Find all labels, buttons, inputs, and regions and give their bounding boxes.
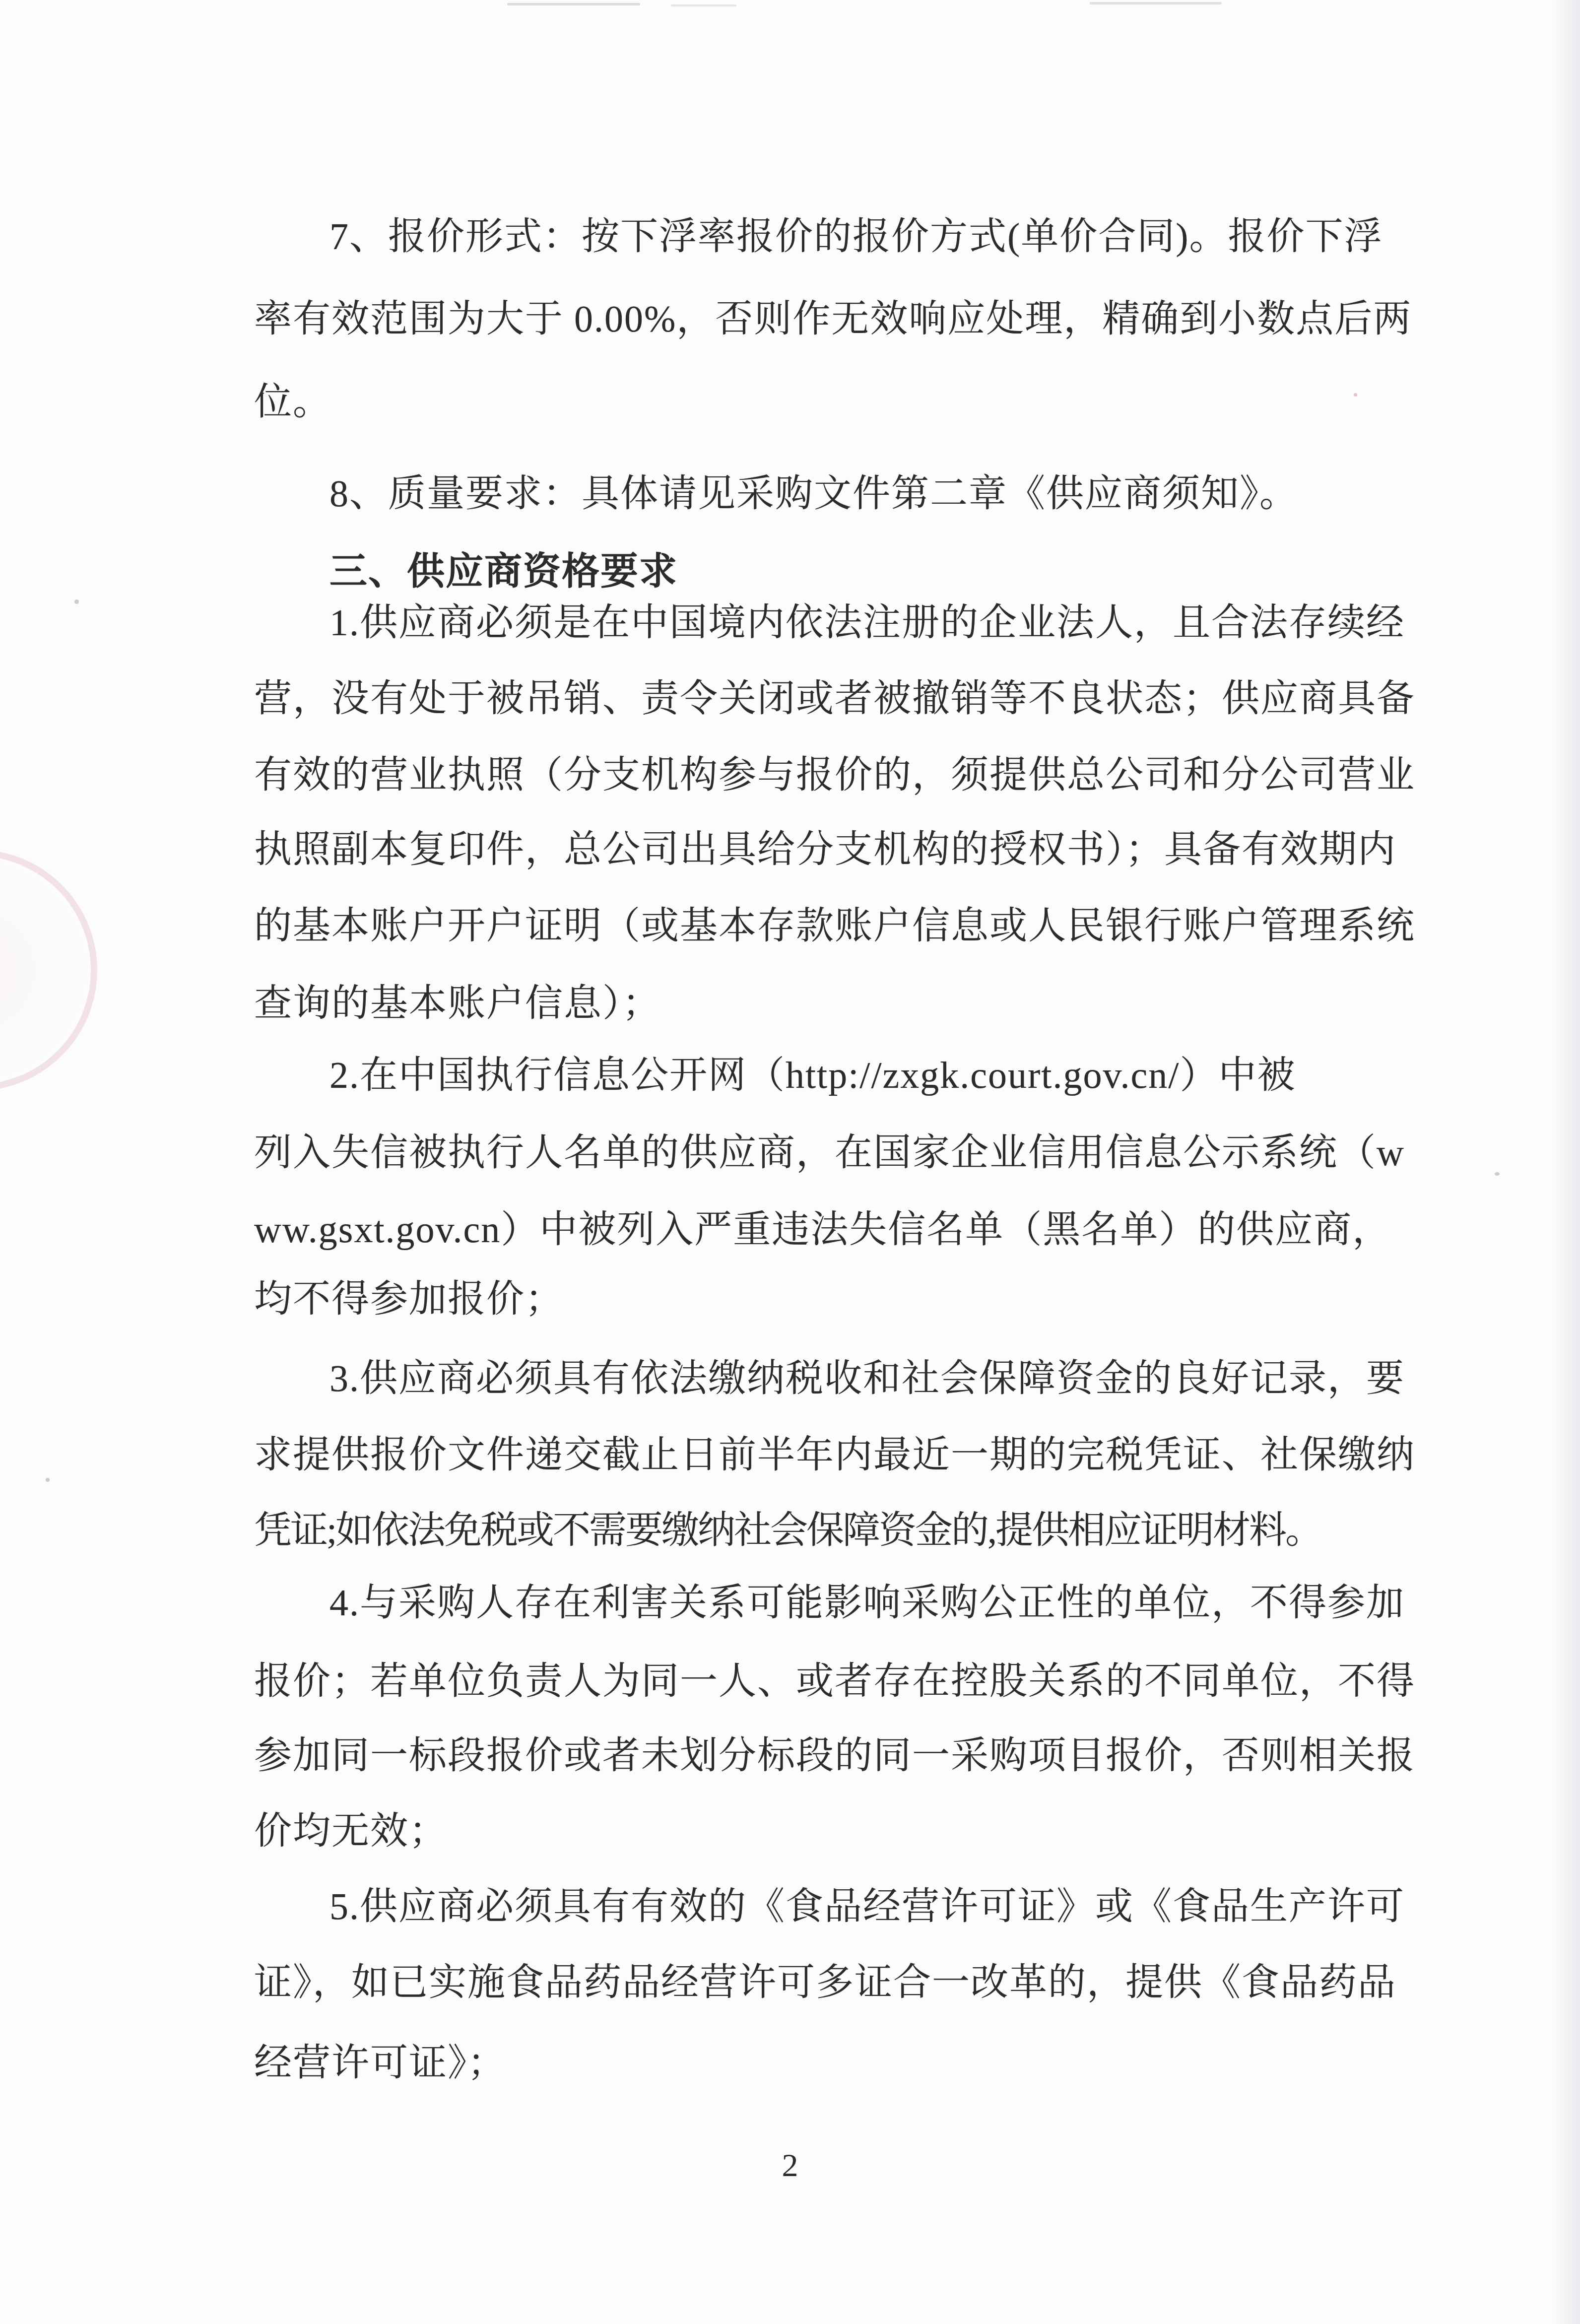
doc-line: 2.在中国执行信息公开网（http://zxgk.court.gov.cn/）中… (254, 1057, 1296, 1094)
section-heading: 三、供应商资格要求 (254, 553, 678, 591)
doc-line: 查询的基本账户信息）； (254, 985, 661, 1022)
scan-speck (1354, 393, 1357, 397)
doc-line: 报价；若单位负责人为同一人、或者存在控股关系的不同单位，不得 (254, 1662, 1415, 1700)
doc-line: 有效的营业执照（分支机构参与报价的，须提供总公司和分公司营业 (254, 756, 1415, 794)
doc-line: 证》，如已实施食品药品经营许可多证合一改革的，提供《食品药品 (254, 1964, 1396, 2001)
scan-artifact (1090, 2, 1222, 4)
doc-line: 7、报价形式：按下浮率报价的报价方式(单价合同)。报价下浮 (254, 218, 1383, 256)
doc-line: 1.供应商必须是在中国境内依法注册的企业法人，且合法存续经 (254, 604, 1405, 642)
doc-line: 3.供应商必须具有依法缴纳税收和社会保障资金的良好记录，要 (254, 1360, 1405, 1397)
scan-speck (1495, 1172, 1500, 1176)
doc-line: 列入失信被执行人名单的供应商，在国家企业信用信息公示系统（w (254, 1134, 1405, 1172)
doc-line: 5.供应商必须具有有效的《食品经营许可证》或《食品生产许可 (254, 1888, 1405, 1926)
doc-line: 率有效范围为大于 0.00%，否则作无效响应处理，精确到小数点后两 (254, 300, 1412, 338)
scan-speck (74, 599, 79, 604)
doc-line: 凭证;如依法免税或不需要缴纳社会保障资金的,提供相应证明材料。 (254, 1512, 1321, 1549)
doc-line: 位。 (254, 383, 331, 421)
doc-line: 经营许可证》； (254, 2044, 506, 2082)
doc-line: 参加同一标段报价或者未划分标段的同一采购项目报价，否则相关报 (254, 1737, 1415, 1775)
red-seal (0, 850, 97, 1091)
scanned-document-page: 7、报价形式：按下浮率报价的报价方式(单价合同)。报价下浮 率有效范围为大于 0… (0, 0, 1580, 2324)
scan-edge-band (1552, 0, 1580, 2324)
doc-line: 求提供报价文件递交截止日前半年内最近一期的完税凭证、社保缴纳 (254, 1436, 1415, 1474)
doc-line: 营，没有处于被吊销、责令关闭或者被撤销等不良状态；供应商具备 (254, 680, 1415, 718)
doc-line: 4.与采购人存在利害关系可能影响采购公正性的单位，不得参加 (254, 1584, 1405, 1622)
scan-speck (46, 1478, 50, 1482)
scan-artifact (671, 4, 736, 6)
doc-line: 均不得参加报价； (254, 1280, 564, 1318)
scan-artifact (507, 3, 640, 5)
doc-line: 执照副本复印件，总公司出具给分支机构的授权书）；具备有效期内 (254, 831, 1396, 868)
doc-line: 价均无效； (254, 1812, 448, 1850)
page-number: 2 (0, 2147, 1580, 2185)
doc-line: ww.gsxt.gov.cn）中被列入严重违法失信名单（黑名单）的供应商， (254, 1211, 1391, 1249)
doc-line: 8、质量要求：具体请见采购文件第二章《供应商须知》。 (254, 475, 1298, 513)
doc-line: 的基本账户开户证明（或基本存款账户信息或人民银行账户管理系统 (254, 907, 1415, 945)
